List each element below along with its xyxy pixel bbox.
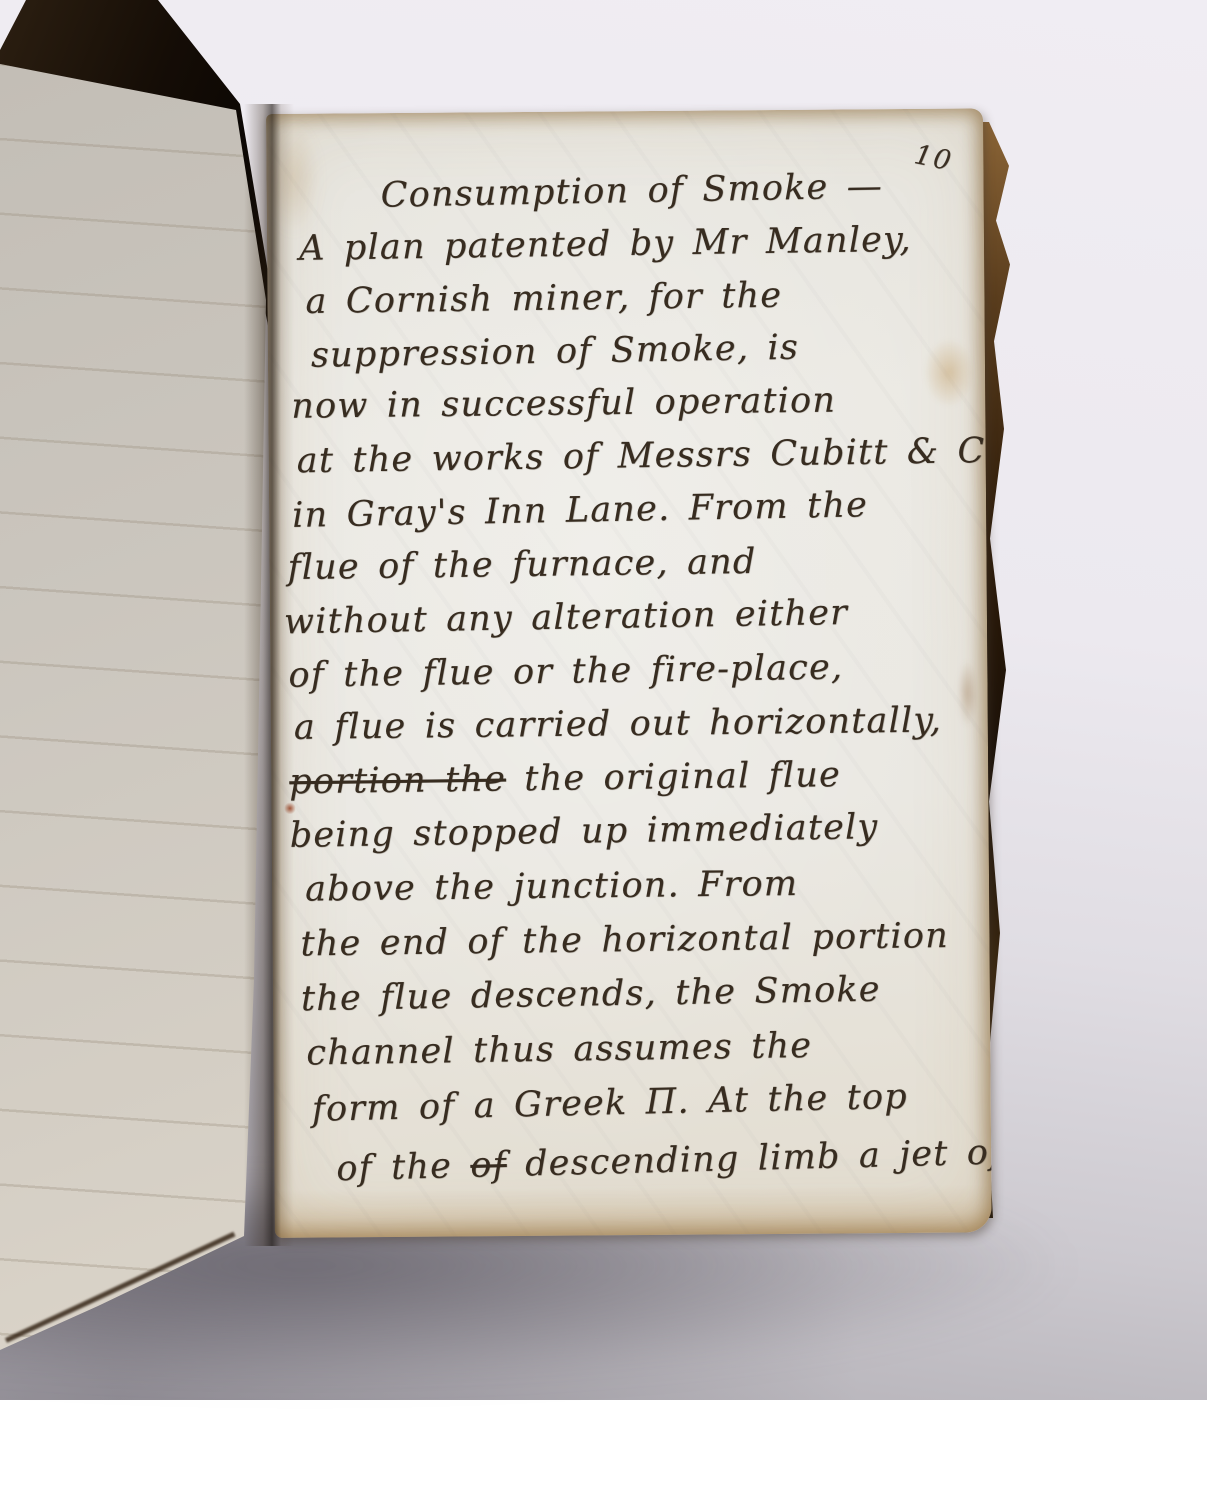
manuscript-line: Consumption of Smoke — [380,167,883,216]
manuscript-line: the end of the horizontal portion [300,916,949,964]
manuscript-lines: Consumption of Smoke —A plan patented by… [266,108,992,1238]
manuscript-line: being stopped up immediately [289,807,878,856]
struck-text-segment: of [470,1145,507,1186]
text-segment: a flue is carried out horizontally, [294,701,943,748]
text-segment: above the junction. From [305,864,799,910]
manuscript-line: a flue is carried out horizontally, [294,701,943,748]
manuscript-line: portion the the original flue [289,755,841,802]
text-segment: suppression of Smoke, is [311,328,800,376]
manuscript-line: channel thus assumes the [306,1026,812,1073]
manuscript-line: flue of the furnace, and [287,542,756,588]
text-segment: form of a Greek Π. At the top [311,1077,908,1130]
manuscript-line: suppression of Smoke, is [311,328,800,376]
text-segment: in Gray's Inn Lane. From the [292,485,869,536]
manuscript-line: A plan patented by Mr Manley, [299,220,912,269]
text-segment: flue of the furnace, and [287,542,756,588]
text-segment: the flue descends, the Smoke [301,970,881,1020]
text-segment: of the flue or the fire-place, [288,648,843,696]
text-segment: the end of the horizontal portion [300,916,949,964]
manuscript-line: at the works of Messrs Cubitt & Co, [296,431,991,482]
photo-background: 10 Consumption of Smoke —A plan patented… [0,0,1207,1400]
text-segment: a Cornish miner, for the [305,276,782,322]
book-gutter [244,104,294,1246]
struck-text-segment: portion the [289,759,506,802]
text-segment: being stopped up immediately [289,807,878,856]
text-segment: at the works of Messrs Cubitt & Co, [296,431,991,482]
text-segment: the original flue [506,755,841,799]
manuscript-line: a Cornish miner, for the [305,276,782,322]
text-segment: now in successful operation [291,381,836,427]
manuscript-line: the flue descends, the Smoke [301,970,881,1020]
text-segment: channel thus assumes the [306,1026,812,1073]
manuscript-page: 10 Consumption of Smoke —A plan patented… [266,108,992,1238]
text-segment: without any alteration either [284,593,849,642]
text-segment: A plan patented by Mr Manley, [299,220,912,269]
manuscript-line: without any alteration either [284,593,849,642]
manuscript-line: above the junction. From [305,864,799,910]
manuscript-line: of the flue or the fire-place, [288,648,843,696]
manuscript-line: now in successful operation [291,381,836,427]
text-segment: descending limb a jet of [506,1132,992,1185]
text-segment: of the [336,1146,471,1189]
manuscript-line: form of a Greek Π. At the top [311,1077,908,1130]
manuscript-line: of the of descending limb a jet of [336,1132,992,1189]
manuscript-line: in Gray's Inn Lane. From the [292,485,869,536]
text-segment: Consumption of Smoke — [380,167,883,216]
